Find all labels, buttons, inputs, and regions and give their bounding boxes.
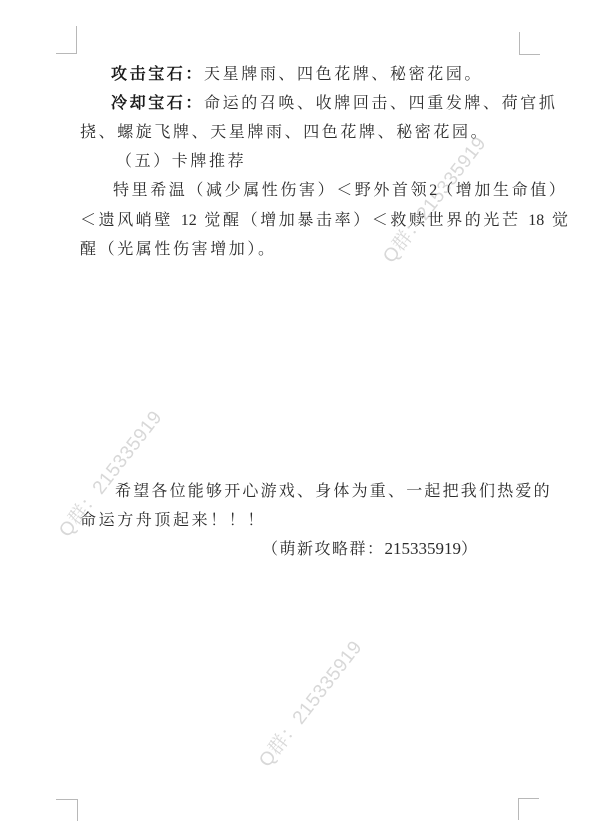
corner-mark-top-left-v — [76, 26, 77, 54]
card-rec-text: 特里希温（减少属性伤害）＜野外首领 — [113, 180, 429, 199]
watermark: Q群：215335919 — [251, 634, 367, 772]
corner-mark-bottom-left-v — [77, 799, 78, 821]
section-heading: （五）卡牌推荐 — [116, 151, 556, 171]
group-info-line: （萌新攻略群：215335919） — [262, 539, 593, 559]
cooldown-gems-text: 命运的召唤、收牌回击、四重发牌、荷官抓 — [204, 93, 557, 112]
cooldown-gems-line-1: 冷却宝石：命运的召唤、收牌回击、四重发牌、荷官抓 — [111, 93, 551, 113]
cooldown-gems-label: 冷却宝石： — [111, 93, 204, 112]
attack-gems-label: 攻击宝石： — [111, 64, 204, 83]
card-recommendation-line-1: 特里希温（减少属性伤害）＜野外首领2（增加生命值） — [113, 180, 553, 201]
closing-line-2: 命运方舟顶起来！！！ — [80, 510, 520, 530]
closing-text: 命运方舟顶起来！！！ — [80, 510, 266, 529]
corner-mark-top-right-h — [519, 54, 540, 55]
corner-mark-bottom-left-h — [56, 799, 77, 800]
card-rec-text: 觉醒（增加暴击率）＜救赎世界的光芒 — [204, 210, 520, 229]
corner-mark-bottom-right-h — [518, 798, 539, 799]
cooldown-gems-text-cont: 挠、螺旋飞牌、天星牌雨、四色花牌、秘密花园。 — [80, 122, 489, 141]
corner-mark-top-right-v — [519, 32, 520, 54]
closing-text: 希望各位能够开心游戏、身体为重、一起把我们热爱的 — [115, 481, 552, 500]
closing-line-1: 希望各位能够开心游戏、身体为重、一起把我们热爱的 — [115, 481, 555, 501]
card-rec-text: 醒（光属性伤害增加）。 — [80, 239, 277, 258]
card-rec-number: 18 — [528, 212, 544, 229]
group-suffix: ） — [461, 539, 479, 558]
group-number: 215335919 — [385, 539, 462, 558]
attack-gems-line: 攻击宝石：天星牌雨、四色花牌、秘密花园。 — [111, 64, 551, 84]
corner-mark-top-left-h — [56, 53, 77, 54]
attack-gems-text: 天星牌雨、四色花牌、秘密花园。 — [204, 64, 483, 83]
card-rec-text: 觉 — [552, 210, 571, 229]
card-rec-number: 2 — [429, 182, 437, 199]
section-heading-text: （五）卡牌推荐 — [116, 151, 246, 170]
card-recommendation-line-3: 醒（光属性伤害增加）。 — [80, 239, 520, 259]
corner-mark-bottom-right-v — [518, 798, 519, 820]
card-recommendation-line-2: ＜遗风峭壁 12 觉醒（增加暴击率）＜救赎世界的光芒 18 觉 — [80, 210, 520, 231]
cooldown-gems-line-2: 挠、螺旋飞牌、天星牌雨、四色花牌、秘密花园。 — [80, 122, 520, 142]
card-rec-number: 12 — [181, 212, 197, 229]
group-prefix: （萌新攻略群： — [262, 539, 385, 558]
card-rec-text: ＜遗风峭壁 — [80, 210, 173, 229]
card-rec-text: （增加生命值） — [437, 180, 567, 199]
